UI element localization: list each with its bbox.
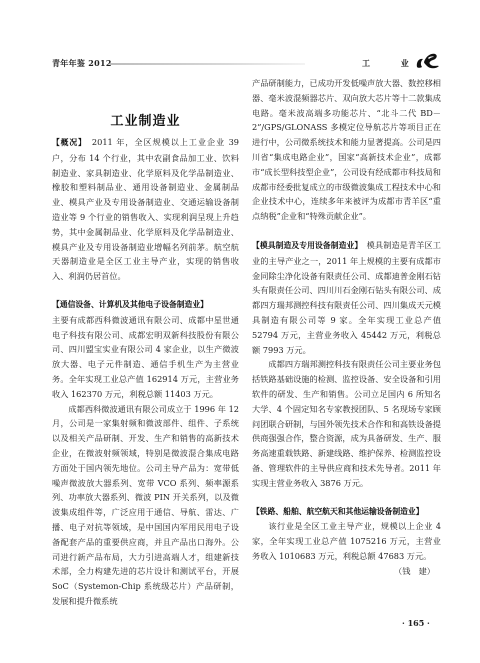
overview-paragraph: 【概况】 2011 年，全区规模以上工业企业 39 户，分布 14 个行业，其中… xyxy=(52,135,239,284)
overview-label: 【概况】 xyxy=(52,138,83,147)
paragraph: 该行业是全区工业主导产业，规模以上企业 4 家，全年实现工业总产值 107521… xyxy=(252,519,441,563)
paragraph: 产品研制能力，已成功开发低噪声放大器、数控移相器、毫米波混频器芯片、双向放大芯片… xyxy=(252,76,441,224)
author-signature: （钱 建） xyxy=(252,564,441,579)
section-transport: 【铁路、船舶、航空航天和其他运输设备制造业】 该行业是全区工业主导产业，规模以上… xyxy=(252,505,441,579)
left-column: 【概况】 2011 年，全区规模以上工业企业 39 户，分布 14 个行业，其中… xyxy=(52,135,239,609)
overview-text: 2011 年，全区规模以上工业企业 39 户，分布 14 个行业，其中农副食品加… xyxy=(52,137,239,281)
section-lead-text: 模具制造是青羊区工业的主导产业之一，2011 年上规模的主要有成都市金同除尘净化… xyxy=(252,240,441,355)
section-mold: 【模具制造及专用设备制造业】 模具制造是青羊区工业的主导产业之一，2011 年上… xyxy=(252,238,441,491)
page-number: · 165 · xyxy=(402,618,430,628)
page-title: 工业制造业 xyxy=(52,110,239,129)
paragraph: 成都四方瑞邦测控科技有限责任公司主要业务包括铁路基础设施的检测、监控设备、安全设… xyxy=(252,357,441,490)
section-heading: 【模具制造及专用设备制造业】 xyxy=(252,241,358,250)
right-column: 产品研制能力，已成功开发低噪声放大器、数控移相器、毫米波混频器芯片、双向放大芯片… xyxy=(252,76,441,579)
header-rule xyxy=(110,63,305,65)
section-heading: 【铁路、船舶、航空航天和其他运输设备制造业】 xyxy=(252,505,441,520)
paragraph: 主要有成都西科微波通讯有限公司、成都中星世通电子科技有限公司、成都宏明双新科技股… xyxy=(52,313,239,402)
book-title: 青年年鉴 2012 xyxy=(52,58,112,69)
calligraphy-emblem-icon xyxy=(414,50,440,70)
section-heading: 【通信设备、计算机及其他电子设备制造业】 xyxy=(52,298,239,313)
running-header: 青年年鉴 2012 工 业 xyxy=(52,56,442,76)
section-telecom: 【通信设备、计算机及其他电子设备制造业】 主要有成都西科微波通讯有限公司、成都中… xyxy=(52,298,239,609)
paragraph: 成都西科微波通讯有限公司成立于 1996 年 12 月，公司是一家集射频和微波部… xyxy=(52,402,239,609)
